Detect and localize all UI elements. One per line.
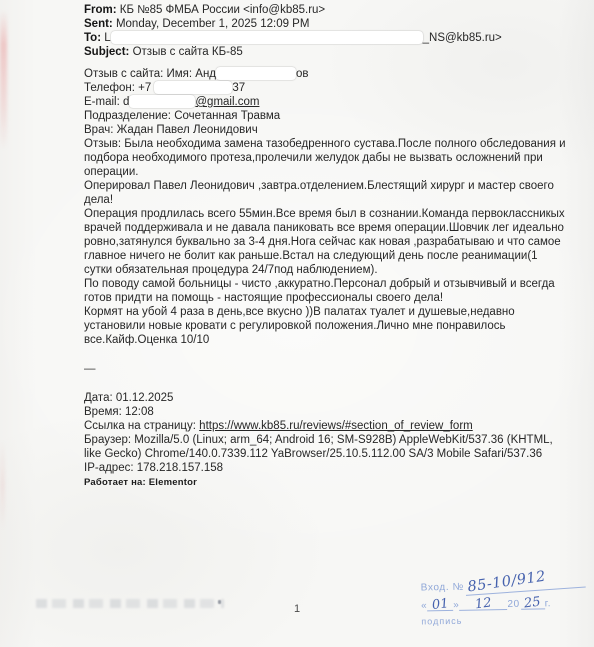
incoming-stamp: Вход. №85-10/912 «01»122025г. подпись: [421, 575, 592, 627]
department-line: Подразделение: Сочетанная Травма: [84, 109, 566, 123]
to-redaction-box: [111, 31, 423, 44]
stamp-month-handwritten: 12: [475, 597, 493, 610]
from-line: From: КБ №85 ФМБА России <info@kb85.ru>: [84, 3, 566, 17]
stamp-month-slot: 12: [459, 597, 507, 611]
scan-speck: [218, 600, 221, 604]
page-link-line: Ссылка на страницу: https://www.kb85.ru/…: [84, 419, 566, 433]
email-redaction-box: [129, 95, 195, 108]
review-paragraph: Оперировал Павел Леонидович ,завтра.отде…: [84, 179, 566, 207]
phone-prefix: Телефон: +7: [84, 82, 154, 94]
phone-suffix: 37: [232, 82, 245, 94]
scan-edge-tint: [0, 10, 7, 150]
name-redaction-box: [216, 67, 296, 80]
powered-by-line: Работает на: Elementor: [84, 476, 566, 490]
phone-redaction-box: [154, 81, 232, 94]
powered-by-value: Elementor: [149, 477, 197, 488]
subject-value: Отзыв с сайта КБ-85: [133, 46, 243, 58]
stamp-day-slot: 01: [427, 598, 453, 611]
stamp-year-handwritten: 25: [524, 597, 542, 610]
email-link[interactable]: @gmail.com: [195, 96, 259, 108]
stamp-incoming-label: Вход. №: [421, 582, 464, 594]
page-link-url[interactable]: https://www.kb85.ru/reviews/#section_of_…: [199, 420, 473, 432]
bleed-through-text: [36, 599, 224, 608]
from-value: КБ №85 ФМБА России <info@kb85.ru>: [120, 4, 325, 16]
browser-line: Браузер: Mozilla/5.0 (Linux; arm_64; And…: [84, 433, 566, 461]
to-label: To:: [84, 32, 101, 44]
stamp-year-suffix: г.: [545, 598, 552, 609]
review-paragraph: Отзыв: Была необходима замена тазобедрен…: [84, 137, 566, 179]
from-label: From:: [84, 4, 117, 16]
stamp-day-handwritten: 01: [431, 598, 449, 611]
name-prefix: Отзыв с сайта: Имя: Анд: [84, 68, 216, 80]
date-line: Дата: 01.12.2025: [84, 391, 566, 405]
review-paragraph: Операция продлилась всего 55мин.Все врем…: [84, 207, 566, 277]
sent-value: Monday, December 1, 2025 12:09 PM: [116, 18, 309, 30]
review-form-fields: Отзыв с сайта: Имя: Андов Телефон: +7 37…: [84, 67, 566, 137]
phone-line: Телефон: +7 37: [84, 81, 566, 95]
review-paragraph: Кормят на убой 4 раза в день,все вкусно …: [84, 305, 566, 347]
to-line: To: L_NS@kb85.ru>: [84, 31, 566, 45]
scanned-email-page: From: КБ №85 ФМБА России <info@kb85.ru> …: [0, 0, 594, 647]
scan-edge-tint-lower: [0, 440, 5, 530]
stamp-signature-label: подпись: [421, 614, 591, 627]
to-value-suffix: _NS@kb85.ru>: [423, 32, 502, 44]
doctor-line: Врач: Жадан Павел Леонидович: [84, 123, 566, 137]
review-body: Отзыв: Была необходима замена тазобедрен…: [84, 137, 566, 347]
time-line: Время: 12:08: [84, 405, 566, 419]
name-line: Отзыв с сайта: Имя: Андов: [84, 67, 566, 81]
stamp-year-slot: 25: [521, 596, 545, 609]
page-link-label: Ссылка на страницу:: [84, 420, 199, 432]
signature-separator: —: [84, 362, 566, 376]
review-paragraph: По поводу самой больницы - чисто ,аккура…: [84, 277, 566, 305]
email-prefix: E-mail: d: [84, 96, 129, 108]
sent-label: Sent:: [84, 18, 113, 30]
email-line: E-mail: d@gmail.com: [84, 95, 566, 109]
to-value-prefix: L: [104, 32, 110, 44]
powered-by-label: Работает на:: [84, 477, 146, 488]
subject-line: Subject: Отзыв с сайта КБ-85: [84, 45, 566, 59]
name-suffix: ов: [296, 68, 309, 80]
stamp-date-row: «01»122025г.: [421, 593, 591, 614]
stamp-year-prefix: 20: [507, 599, 520, 610]
email-header: From: КБ №85 ФМБА России <info@kb85.ru> …: [84, 3, 566, 59]
sent-line: Sent: Monday, December 1, 2025 12:09 PM: [84, 17, 566, 31]
subject-label: Subject:: [84, 46, 129, 58]
ip-line: IP-адрес: 178.218.157.158: [84, 461, 566, 475]
submission-metadata: Дата: 01.12.2025 Время: 12:08 Ссылка на …: [84, 391, 566, 490]
email-document: From: КБ №85 ФМБА России <info@kb85.ru> …: [84, 3, 566, 490]
